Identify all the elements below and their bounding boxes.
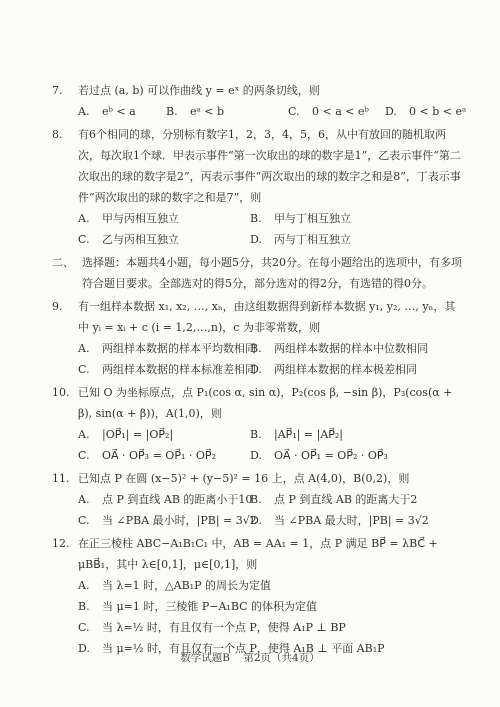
option-label: A. (78, 208, 102, 229)
question-12: 12. 在正三棱柱 ABC−A₁B₁C₁ 中，AB = AA₁ = 1，点 P … (52, 533, 464, 659)
question-9-stem-row: 9. 有一组样本数据 x₁, x₂, …, xₙ，由这组数据得到新样本数据 y₁… (52, 296, 464, 338)
option-11D: D.当 ∠PBA 最大时，|PB| = 3√2 (250, 510, 464, 531)
option-label: B. (250, 489, 274, 510)
section-number: 二、 (52, 252, 82, 294)
question-8-options: A.甲与丙相互独立 B.甲与丁相互独立 C.乙与丙相互独立 D.丙与丁相互独立 (52, 208, 464, 250)
option-label: D. (250, 359, 274, 380)
page-number: 第2页（共4页） (243, 652, 319, 664)
question-9-options: A.两组样本数据的样本平均数相同 B.两组样本数据的样本中位数相同 C.两组样本… (52, 338, 464, 380)
option-text: 两组样本数据的样本平均数相同 (102, 342, 256, 355)
option-8B: B.甲与丁相互独立 (250, 208, 464, 229)
option-12B: B.当 μ=1 时，三棱锥 P−A₁BC 的体积为定值 (52, 596, 464, 617)
option-text: 丙与丁相互独立 (274, 233, 351, 246)
option-9B: B.两组样本数据的样本中位数相同 (250, 338, 464, 359)
option-text: 点 P 到直线 AB 的距离小于10 (102, 493, 252, 506)
question-11-stem-row: 11. 已知点 P 在圆 (x−5)² + (y−5)² = 16 上，点 A(… (52, 468, 464, 489)
option-label: A. (78, 338, 102, 359)
option-label: B. (250, 208, 274, 229)
option-label: C. (78, 510, 102, 531)
option-label: B. (250, 338, 274, 359)
option-12C: C.当 λ=½ 时，有且仅有一个点 P，使得 A₁P ⊥ BP (52, 617, 464, 638)
question-7-stem-row: 7. 若过点 (a, b) 可以作曲线 y = eˣ 的两条切线，则 (52, 80, 464, 101)
question-stem: 有6个相同的球，分别标有数字1，2，3，4，5，6，从中有放回的随机取两次，每次… (78, 124, 464, 208)
option-text: OA⃗ · OP⃗₁ = OP⃗₂ · OP⃗₃ (274, 449, 388, 462)
option-8C: C.乙与丙相互独立 (78, 229, 250, 250)
option-7B: B.eᵃ < b (166, 101, 288, 122)
option-label: D. (385, 101, 409, 122)
option-text: OA⃗ · OP⃗₃ = OP⃗₁ · OP⃗₂ (102, 449, 216, 462)
option-text: 当 λ=½ 时，有且仅有一个点 P，使得 A₁P ⊥ BP (102, 621, 346, 634)
option-label: D. (250, 510, 274, 531)
option-text: 0 < a < eᵇ (312, 105, 369, 118)
option-text: 甲与丁相互独立 (274, 212, 351, 225)
option-text: 乙与丙相互独立 (102, 233, 179, 246)
section-two-header: 二、 选择题：本题共4小题，每小题5分，共20分。在每小题给出的选项中，有多项符… (52, 252, 464, 294)
exam-content: 7. 若过点 (a, b) 可以作曲线 y = eˣ 的两条切线，则 A.eᵇ … (52, 80, 464, 661)
option-8A: A.甲与丙相互独立 (78, 208, 250, 229)
question-10-stem-row: 10. 已知 O 为坐标原点，点 P₁(cos α, sin α)，P₂(cos… (52, 382, 464, 424)
question-number: 8. (52, 124, 78, 208)
option-12A: A.当 λ=1 时，△AB₁P 的周长为定值 (52, 575, 464, 596)
question-stem: 有一组样本数据 x₁, x₂, …, xₙ，由这组数据得到新样本数据 y₁, y… (78, 296, 464, 338)
option-10A: A.|OP⃗₁| = |OP⃗₂| (78, 424, 250, 445)
question-7: 7. 若过点 (a, b) 可以作曲线 y = eˣ 的两条切线，则 A.eᵇ … (52, 80, 464, 122)
option-text: 当 μ=1 时，三棱锥 P−A₁BC 的体积为定值 (102, 600, 317, 613)
question-number: 9. (52, 296, 78, 338)
option-9D: D.两组样本数据的样本极差相同 (250, 359, 464, 380)
option-10C: C.OA⃗ · OP⃗₃ = OP⃗₁ · OP⃗₂ (78, 445, 250, 466)
option-7C: C.0 < a < eᵇ (288, 101, 385, 122)
question-number: 12. (52, 533, 78, 575)
option-text: |OP⃗₁| = |OP⃗₂| (102, 428, 173, 441)
option-text: 当 λ=1 时，△AB₁P 的周长为定值 (102, 579, 271, 592)
option-label: C. (78, 359, 102, 380)
option-label: C. (78, 229, 102, 250)
option-label: A. (78, 489, 102, 510)
question-9: 9. 有一组样本数据 x₁, x₂, …, xₙ，由这组数据得到新样本数据 y₁… (52, 296, 464, 380)
option-text: 两组样本数据的样本标准差相同 (102, 363, 256, 376)
question-stem: 已知点 P 在圆 (x−5)² + (y−5)² = 16 上，点 A(4,0)… (78, 468, 464, 489)
question-12-stem-row: 12. 在正三棱柱 ABC−A₁B₁C₁ 中，AB = AA₁ = 1，点 P … (52, 533, 464, 575)
option-text: eᵃ < b (190, 105, 224, 118)
question-8: 8. 有6个相同的球，分别标有数字1，2，3，4，5，6，从中有放回的随机取两次… (52, 124, 464, 250)
question-10: 10. 已知 O 为坐标原点，点 P₁(cos α, sin α)，P₂(cos… (52, 382, 464, 466)
option-label: D. (250, 445, 274, 466)
option-9C: C.两组样本数据的样本标准差相同 (78, 359, 250, 380)
option-label: B. (166, 101, 190, 122)
question-10-options: A.|OP⃗₁| = |OP⃗₂| B.|AP⃗₁| = |AP⃗₂| C.OA… (52, 424, 464, 466)
option-text: 两组样本数据的样本极差相同 (274, 363, 417, 376)
option-11C: C.当 ∠PBA 最小时，|PB| = 3√2 (78, 510, 250, 531)
option-10D: D.OA⃗ · OP⃗₁ = OP⃗₂ · OP⃗₃ (250, 445, 464, 466)
option-label: C. (288, 101, 312, 122)
option-11B: B.点 P 到直线 AB 的距离大于2 (250, 489, 464, 510)
option-7D: D.0 < b < eᵃ (385, 101, 466, 122)
option-label: D. (250, 229, 274, 250)
option-7A: A.eᵇ < a (78, 101, 166, 122)
option-text: 甲与丙相互独立 (102, 212, 179, 225)
option-label: A. (78, 101, 102, 122)
option-text: 点 P 到直线 AB 的距离大于2 (274, 493, 417, 506)
document-label: 数学试题B (180, 652, 230, 664)
question-11: 11. 已知点 P 在圆 (x−5)² + (y−5)² = 16 上，点 A(… (52, 468, 464, 531)
exam-paper-page: 7. 若过点 (a, b) 可以作曲线 y = eˣ 的两条切线，则 A.eᵇ … (0, 0, 500, 707)
question-stem: 若过点 (a, b) 可以作曲线 y = eˣ 的两条切线，则 (78, 80, 464, 101)
option-11A: A.点 P 到直线 AB 的距离小于10 (78, 489, 250, 510)
option-9A: A.两组样本数据的样本平均数相同 (78, 338, 250, 359)
option-10B: B.|AP⃗₁| = |AP⃗₂| (250, 424, 464, 445)
option-text: 当 ∠PBA 最大时，|PB| = 3√2 (274, 514, 429, 527)
question-7-options: A.eᵇ < a B.eᵃ < b C.0 < a < eᵇ D.0 < b <… (52, 101, 464, 122)
option-8D: D.丙与丁相互独立 (250, 229, 464, 250)
question-number: 10. (52, 382, 78, 424)
option-label: C. (78, 445, 102, 466)
option-text: |AP⃗₁| = |AP⃗₂| (274, 428, 343, 441)
option-text: 当 ∠PBA 最小时，|PB| = 3√2 (102, 514, 257, 527)
option-text: eᵇ < a (102, 105, 136, 118)
option-label: B. (78, 596, 102, 617)
option-text: 两组样本数据的样本中位数相同 (274, 342, 428, 355)
page-footer: 数学试题B 第2页（共4页） (0, 648, 500, 669)
question-number: 11. (52, 468, 78, 489)
question-11-options: A.点 P 到直线 AB 的距离小于10 B.点 P 到直线 AB 的距离大于2… (52, 489, 464, 531)
option-text: 0 < b < eᵃ (409, 105, 466, 118)
section-instructions: 选择题：本题共4小题，每小题5分，共20分。在每小题给出的选项中，有多项符合题目… (82, 252, 464, 294)
question-number: 7. (52, 80, 78, 101)
option-label: A. (78, 575, 102, 596)
option-label: B. (250, 424, 274, 445)
option-label: A. (78, 424, 102, 445)
question-8-stem-row: 8. 有6个相同的球，分别标有数字1，2，3，4，5，6，从中有放回的随机取两次… (52, 124, 464, 208)
question-stem: 已知 O 为坐标原点，点 P₁(cos α, sin α)，P₂(cos β, … (78, 382, 464, 424)
option-label: C. (78, 617, 102, 638)
question-stem: 在正三棱柱 ABC−A₁B₁C₁ 中，AB = AA₁ = 1，点 P 满足 B… (78, 533, 464, 575)
